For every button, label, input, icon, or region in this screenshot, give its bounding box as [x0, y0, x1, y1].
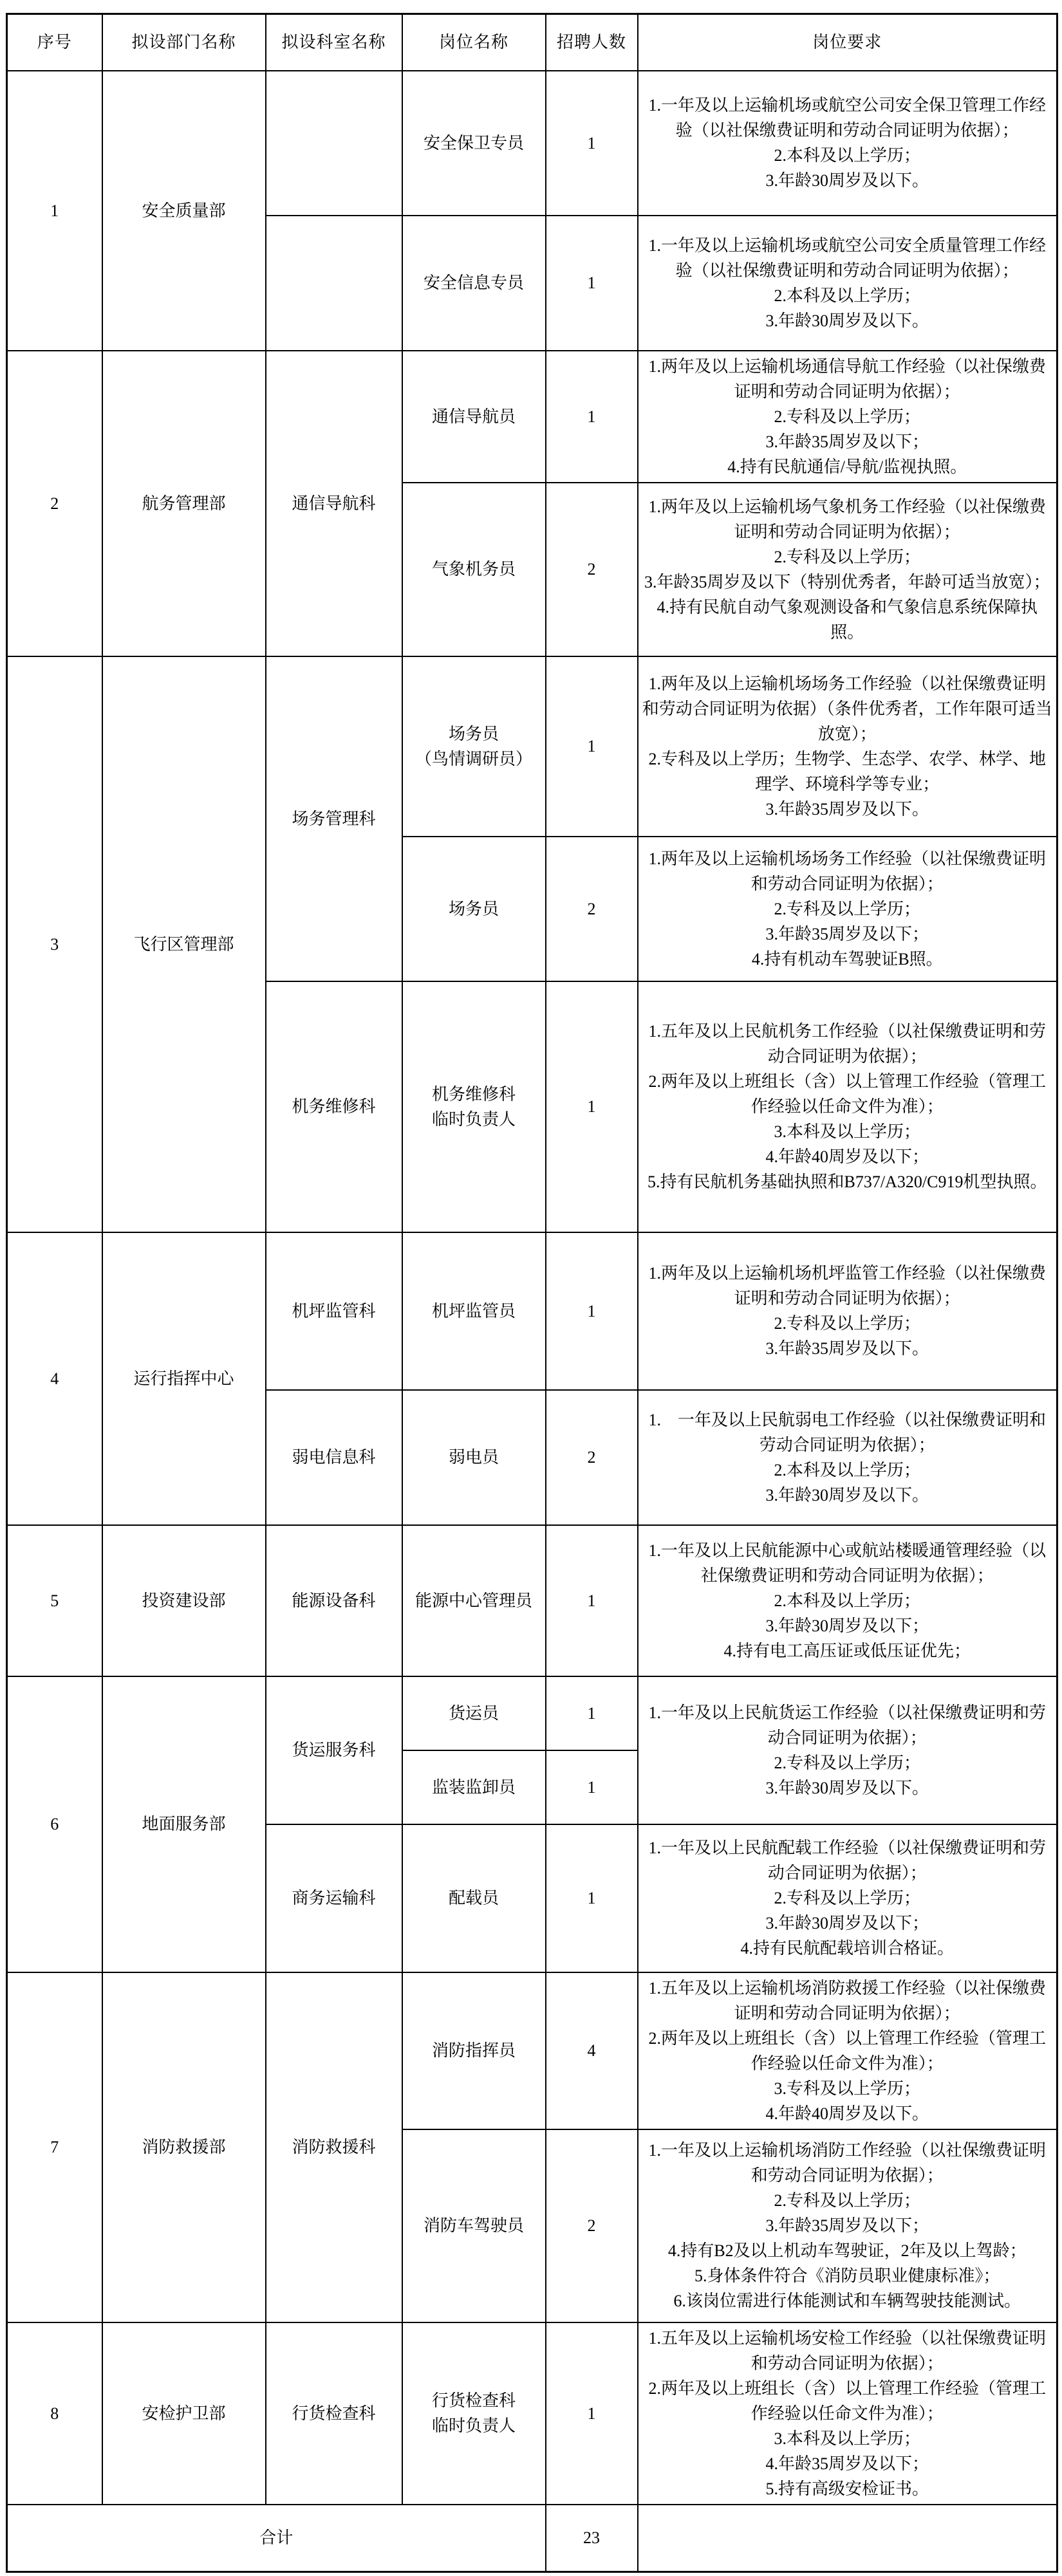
job-section: 消防救援科	[266, 1972, 402, 2322]
table-row: 1 安全质量部 安全保卫专员 1 1.一年及以上运输机场或航空公司安全保卫管理工…	[7, 71, 1057, 216]
job-count: 1	[546, 1824, 638, 1972]
job-count: 2	[546, 1390, 638, 1525]
table-row: 7 消防救援部 消防救援科 消防指挥员 4 1.五年及以上运输机场消防救援工作经…	[7, 1972, 1057, 2129]
job-no: 1	[7, 71, 102, 351]
job-no: 2	[7, 351, 102, 656]
job-count: 1	[546, 2322, 638, 2505]
job-count: 4	[546, 1972, 638, 2129]
table-row: 2 航务管理部 通信导航科 通信导航员 1 1.两年及以上运输机场通信导航工作经…	[7, 351, 1057, 483]
job-section: 商务运输科	[266, 1824, 402, 1972]
job-section: 行货检查科	[266, 2322, 402, 2505]
table-row: 6 地面服务部 货运服务科 货运员 1 1.一年及以上民航货运工作经验（以社保缴…	[7, 1676, 1057, 1750]
job-position: 安全保卫专员	[402, 71, 546, 216]
job-requirements: 1.一年及以上运输机场消防工作经验（以社保缴费证明和劳动合同证明为依据）； 2.…	[638, 2129, 1057, 2322]
table-row: 8 安检护卫部 行货检查科 行货检查科 临时负责人 1 1.五年及以上运输机场安…	[7, 2322, 1057, 2505]
job-dept: 消防救援部	[102, 1972, 266, 2322]
job-dept: 安检护卫部	[102, 2322, 266, 2505]
job-count: 1	[546, 1525, 638, 1676]
job-count: 1	[546, 216, 638, 351]
job-position: 安全信息专员	[402, 216, 546, 351]
job-position: 机务维修科 临时负责人	[402, 981, 546, 1232]
job-requirements: 1. 一年及以上民航弱电工作经验（以社保缴费证明和劳动合同证明为依据）； 2.本…	[638, 1390, 1057, 1525]
header-cell-section: 拟设科室名称	[266, 14, 402, 71]
job-position: 通信导航员	[402, 351, 546, 483]
job-count: 2	[546, 2129, 638, 2322]
job-requirements: 1.五年及以上运输机场消防救援工作经验（以社保缴费证明和劳动合同证明为依据）； …	[638, 1972, 1057, 2129]
job-position: 能源中心管理员	[402, 1525, 546, 1676]
job-dept: 航务管理部	[102, 351, 266, 656]
job-count: 1	[546, 71, 638, 216]
job-section: 场务管理科	[266, 656, 402, 981]
job-requirements: 1.一年及以上运输机场或航空公司安全质量管理工作经验（以社保缴费证明和劳动合同证…	[638, 216, 1057, 351]
job-dept: 地面服务部	[102, 1676, 266, 1972]
total-row: 合计 23	[7, 2505, 1057, 2572]
job-count: 1	[546, 1676, 638, 1750]
job-requirements: 1.一年及以上民航配载工作经验（以社保缴费证明和劳动合同证明为依据）； 2.专科…	[638, 1824, 1057, 1972]
header-cell-dept: 拟设部门名称	[102, 14, 266, 71]
job-section	[266, 216, 402, 351]
job-requirements: 1.两年及以上运输机场场务工作经验（以社保缴费证明和劳动合同证明为依据）（条件优…	[638, 656, 1057, 837]
job-position: 消防车驾驶员	[402, 2129, 546, 2322]
job-section: 弱电信息科	[266, 1390, 402, 1525]
job-section	[266, 71, 402, 216]
job-position: 气象机务员	[402, 483, 546, 656]
job-requirements: 1.两年及以上运输机场机坪监管工作经验（以社保缴费证明和劳动合同证明为依据）； …	[638, 1232, 1057, 1390]
job-dept: 投资建设部	[102, 1525, 266, 1676]
job-requirements: 1.两年及以上运输机场场务工作经验（以社保缴费证明和劳动合同证明为依据）； 2.…	[638, 837, 1057, 981]
total-requirements	[638, 2505, 1057, 2572]
job-position: 货运员	[402, 1676, 546, 1750]
job-position: 机坪监管员	[402, 1232, 546, 1390]
job-requirements: 1.一年及以上民航能源中心或航站楼暖通管理经验（以社保缴费证明和劳动合同证明为依…	[638, 1525, 1057, 1676]
total-label: 合计	[7, 2505, 546, 2572]
job-requirements: 1.五年及以上运输机场安检工作经验（以社保缴费证明和劳动合同证明为依据）； 2.…	[638, 2322, 1057, 2505]
job-section: 机务维修科	[266, 981, 402, 1232]
job-no: 7	[7, 1972, 102, 2322]
header-cell-requirements: 岗位要求	[638, 14, 1057, 71]
job-dept: 飞行区管理部	[102, 656, 266, 1232]
job-no: 3	[7, 656, 102, 1232]
job-count: 1	[546, 1232, 638, 1390]
job-count: 1	[546, 1750, 638, 1824]
job-count: 1	[546, 351, 638, 483]
header-cell-no: 序号	[7, 14, 102, 71]
total-count: 23	[546, 2505, 638, 2572]
job-section: 机坪监管科	[266, 1232, 402, 1390]
job-no: 6	[7, 1676, 102, 1972]
job-dept: 运行指挥中心	[102, 1232, 266, 1525]
recruitment-table: 序号 拟设部门名称 拟设科室名称 岗位名称 招聘人数 岗位要求 1 安全质量部 …	[6, 13, 1058, 2573]
job-count: 2	[546, 483, 638, 656]
job-count: 1	[546, 981, 638, 1232]
job-count: 1	[546, 656, 638, 837]
job-no: 8	[7, 2322, 102, 2505]
job-section: 货运服务科	[266, 1676, 402, 1824]
job-no: 5	[7, 1525, 102, 1676]
job-no: 4	[7, 1232, 102, 1525]
job-dept: 安全质量部	[102, 71, 266, 351]
job-position: 场务员 （鸟情调研员）	[402, 656, 546, 837]
recruitment-table-page: 序号 拟设部门名称 拟设科室名称 岗位名称 招聘人数 岗位要求 1 安全质量部 …	[0, 0, 1062, 2576]
job-count: 2	[546, 837, 638, 981]
job-requirements: 1.一年及以上运输机场或航空公司安全保卫管理工作经验（以社保缴费证明和劳动合同证…	[638, 71, 1057, 216]
job-position: 弱电员	[402, 1390, 546, 1525]
header-cell-position: 岗位名称	[402, 14, 546, 71]
table-row: 3 飞行区管理部 场务管理科 场务员 （鸟情调研员） 1 1.两年及以上运输机场…	[7, 656, 1057, 837]
job-position: 消防指挥员	[402, 1972, 546, 2129]
job-requirements: 1.两年及以上运输机场通信导航工作经验（以社保缴费证明和劳动合同证明为依据）； …	[638, 351, 1057, 483]
job-position: 监装监卸员	[402, 1750, 546, 1824]
job-requirements: 1.五年及以上民航机务工作经验（以社保缴费证明和劳动合同证明为依据）； 2.两年…	[638, 981, 1057, 1232]
job-requirements: 1.两年及以上运输机场气象机务工作经验（以社保缴费证明和劳动合同证明为依据）； …	[638, 483, 1057, 656]
job-position: 配载员	[402, 1824, 546, 1972]
header-row: 序号 拟设部门名称 拟设科室名称 岗位名称 招聘人数 岗位要求	[7, 14, 1057, 71]
job-position: 行货检查科 临时负责人	[402, 2322, 546, 2505]
job-position: 场务员	[402, 837, 546, 981]
job-requirements: 1.一年及以上民航货运工作经验（以社保缴费证明和劳动合同证明为依据）； 2.专科…	[638, 1676, 1057, 1824]
table-row: 4 运行指挥中心 机坪监管科 机坪监管员 1 1.两年及以上运输机场机坪监管工作…	[7, 1232, 1057, 1390]
job-section: 通信导航科	[266, 351, 402, 656]
table-row: 5 投资建设部 能源设备科 能源中心管理员 1 1.一年及以上民航能源中心或航站…	[7, 1525, 1057, 1676]
header-cell-count: 招聘人数	[546, 14, 638, 71]
job-section: 能源设备科	[266, 1525, 402, 1676]
